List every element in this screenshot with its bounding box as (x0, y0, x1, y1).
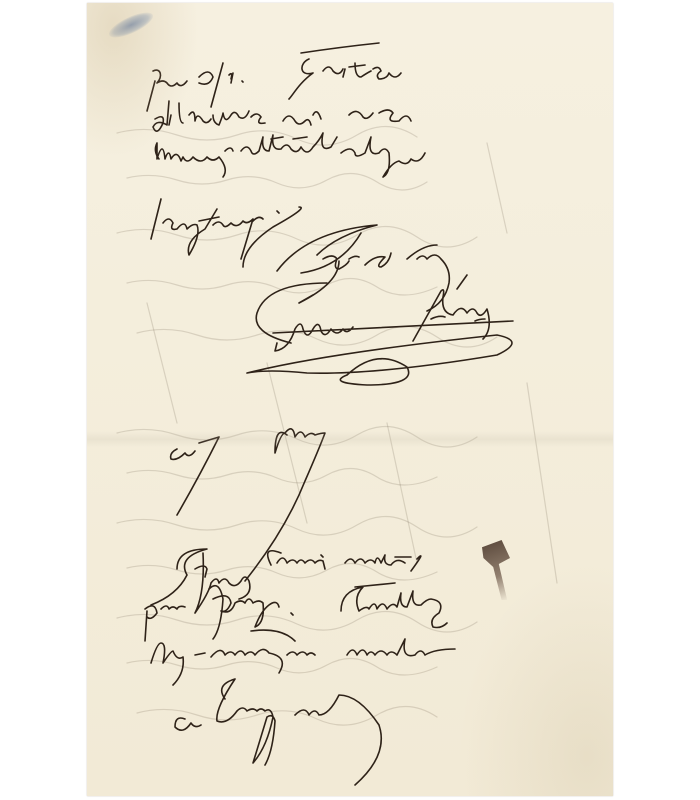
handwriting-line-5 (151, 549, 421, 613)
handwriting-line-4 (151, 199, 301, 267)
signature (256, 275, 513, 351)
handwriting-line-3 (155, 143, 233, 177)
handwriting-closing (277, 225, 449, 311)
letter-page: pour ce pli. Faites diligence car ces Me… (87, 3, 613, 796)
handwriting-line-1 (147, 63, 243, 111)
handwriting-line-8 (175, 679, 381, 785)
handwriting-line-7 (151, 630, 455, 685)
handwriting-date (171, 429, 325, 581)
handwriting-line-6 (145, 583, 447, 641)
handwriting (87, 3, 613, 796)
handwriting-line-2 (153, 101, 321, 131)
